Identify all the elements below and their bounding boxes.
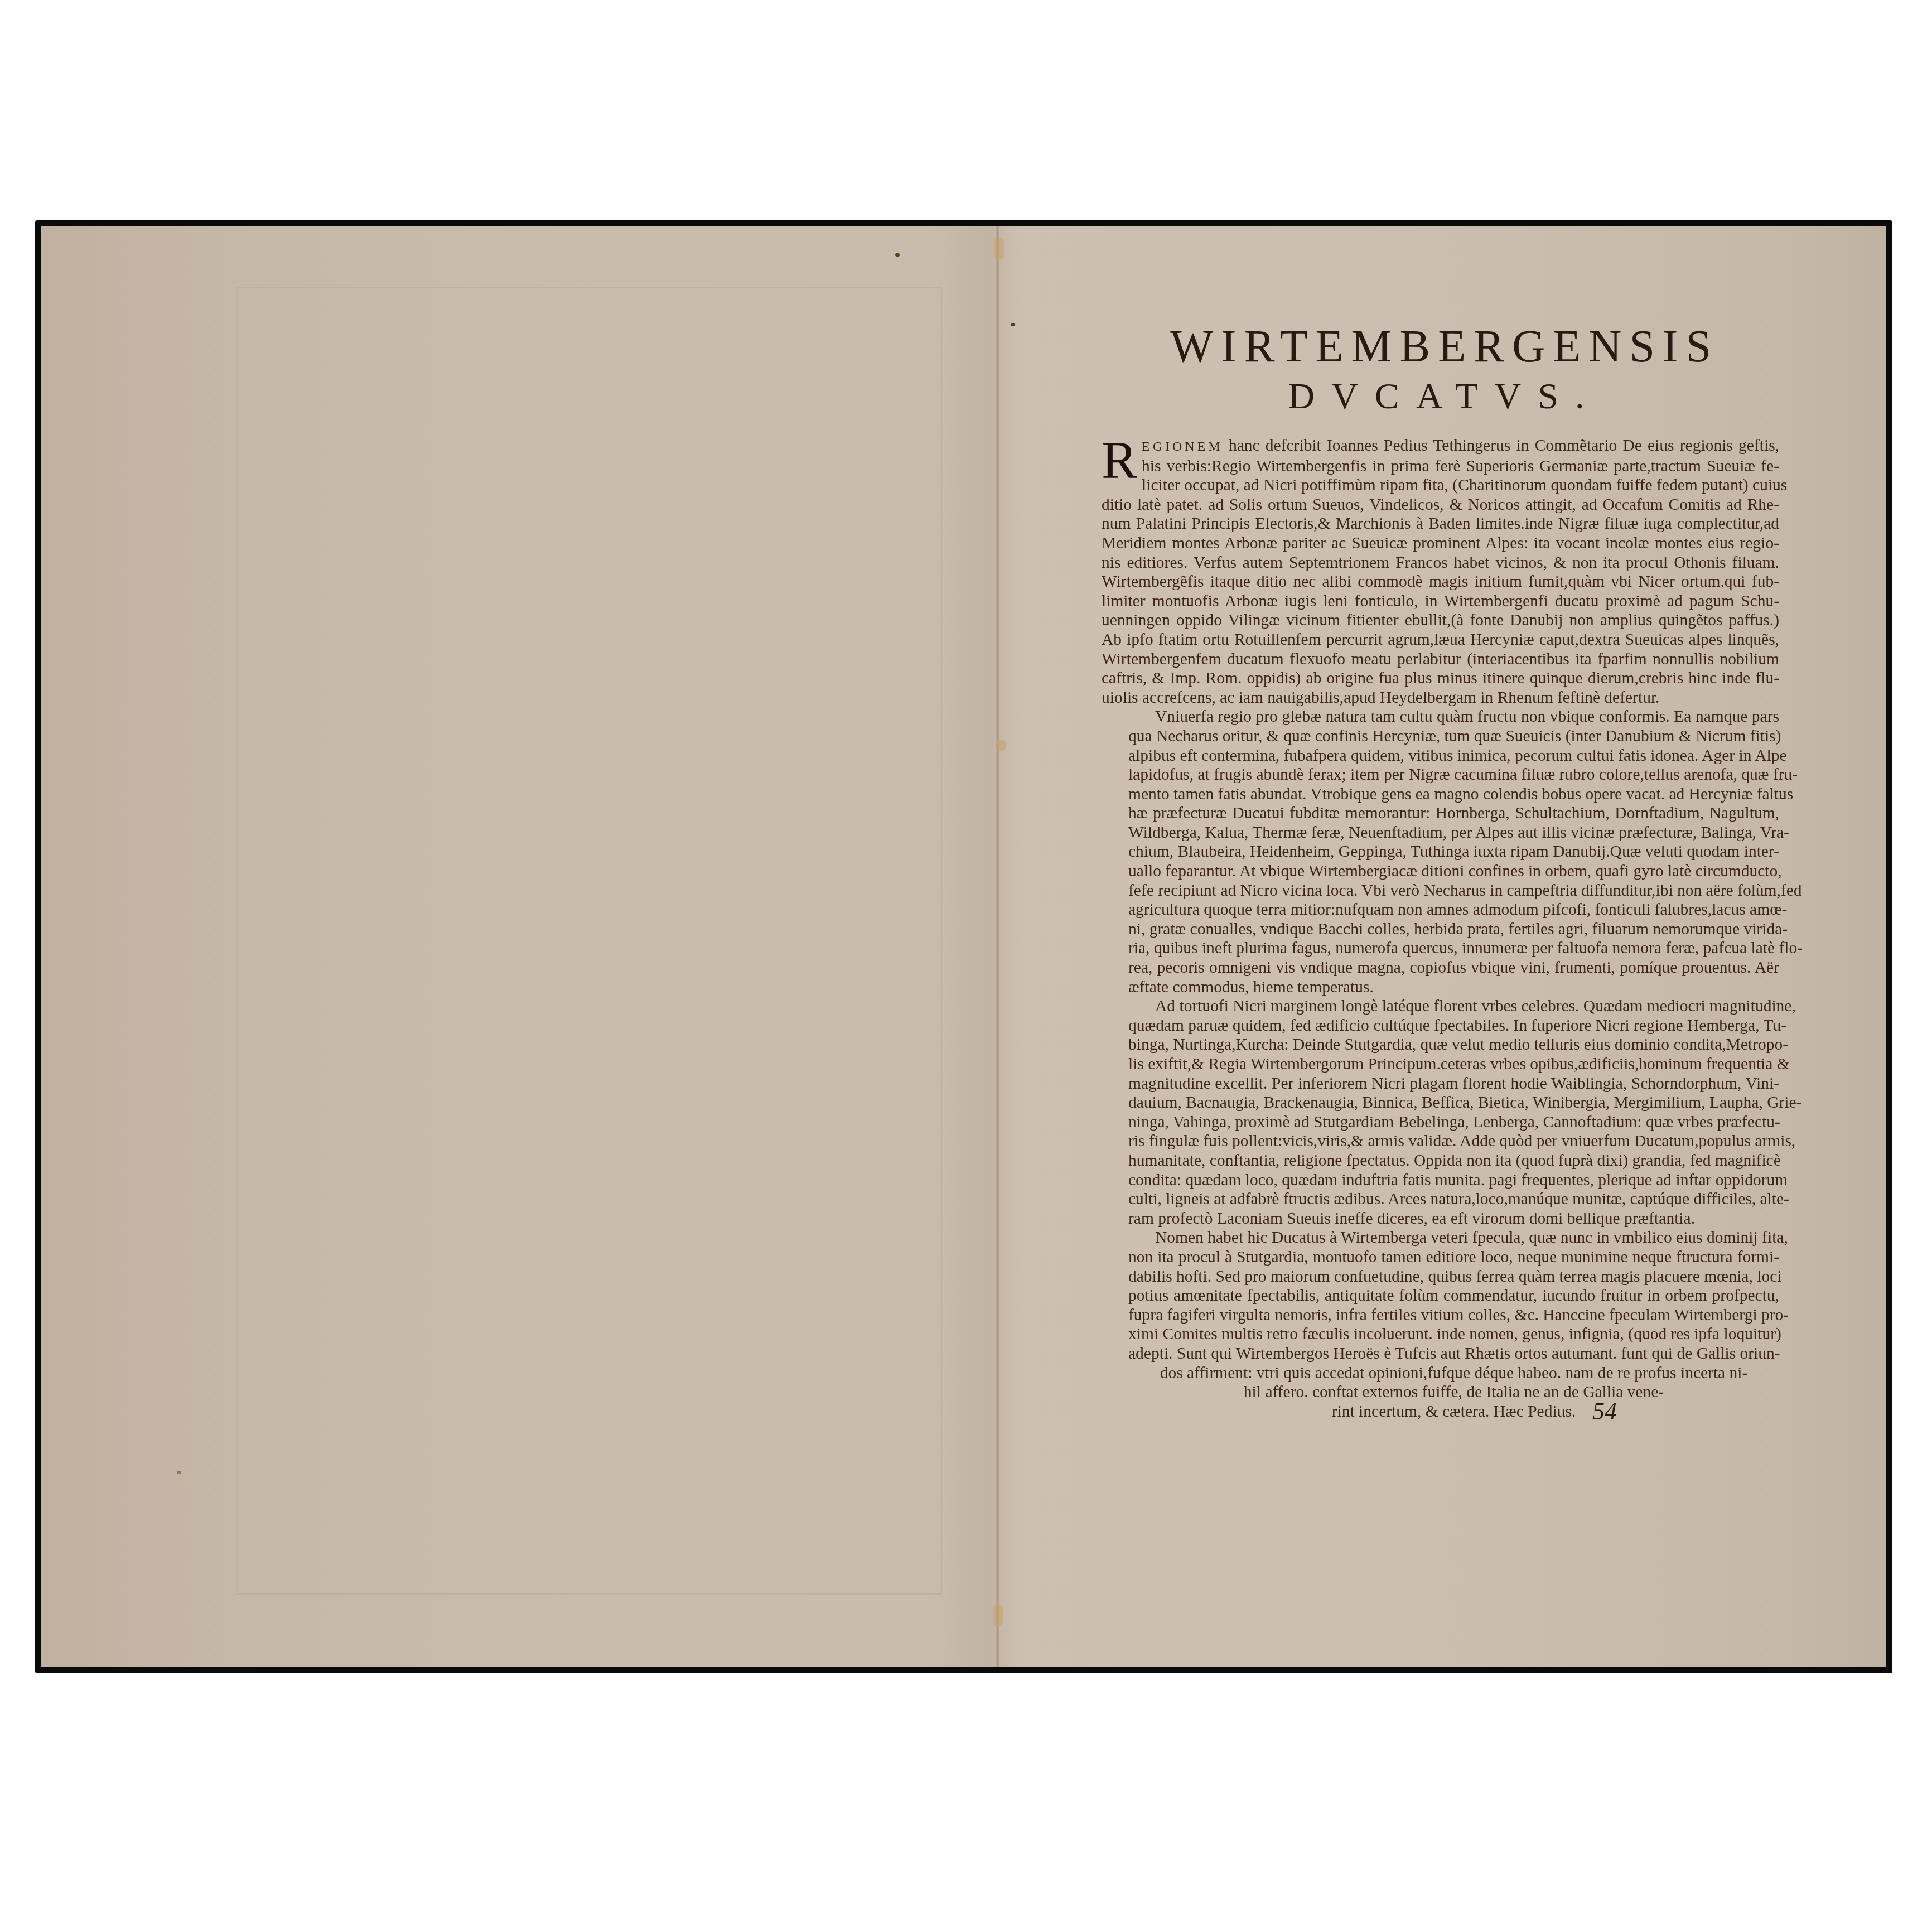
book-spine-fold	[996, 226, 999, 1667]
spine-stain-mark	[993, 1604, 1003, 1626]
paragraph-1: R EGIONEM hanc defcribit Ioannes Pedius …	[1102, 436, 1779, 707]
paragraph-2: Vniuerfa regio pro glebæ natura tam cult…	[1102, 707, 1779, 997]
paper-speck	[177, 1471, 181, 1474]
first-word-smallcaps: EGIONEM	[1142, 439, 1223, 454]
tapered-ending-line: hil affero. conftat externos fuiffe, de …	[1102, 1383, 1779, 1402]
spine-stain-mark	[994, 238, 1004, 260]
spine-stain-mark	[996, 740, 1006, 751]
page-title: WIRTEMBERGENSIS	[1093, 323, 1796, 369]
page-subtitle: DVCATVS.	[1093, 378, 1796, 415]
left-page-platemark	[237, 287, 942, 1595]
drop-cap: R	[1102, 438, 1137, 482]
paper-speck	[895, 253, 900, 257]
tapered-ending-line: rint incertum, & cætera. Hæc Pedius.	[1102, 1402, 1779, 1422]
paragraph-4: Nomen habet hic Ducatus à Wirtemberga ve…	[1102, 1228, 1779, 1421]
body-text: R EGIONEM hanc defcribit Ioannes Pedius …	[1102, 436, 1779, 1421]
page-number: 54	[1592, 1397, 1617, 1426]
paper-speck	[1011, 323, 1015, 326]
tapered-ending-line: dos affirment: vtri quis accedat opinion…	[1102, 1364, 1779, 1383]
paragraph-3: Ad tortuofi Nicri marginem longè latéque…	[1102, 997, 1779, 1228]
